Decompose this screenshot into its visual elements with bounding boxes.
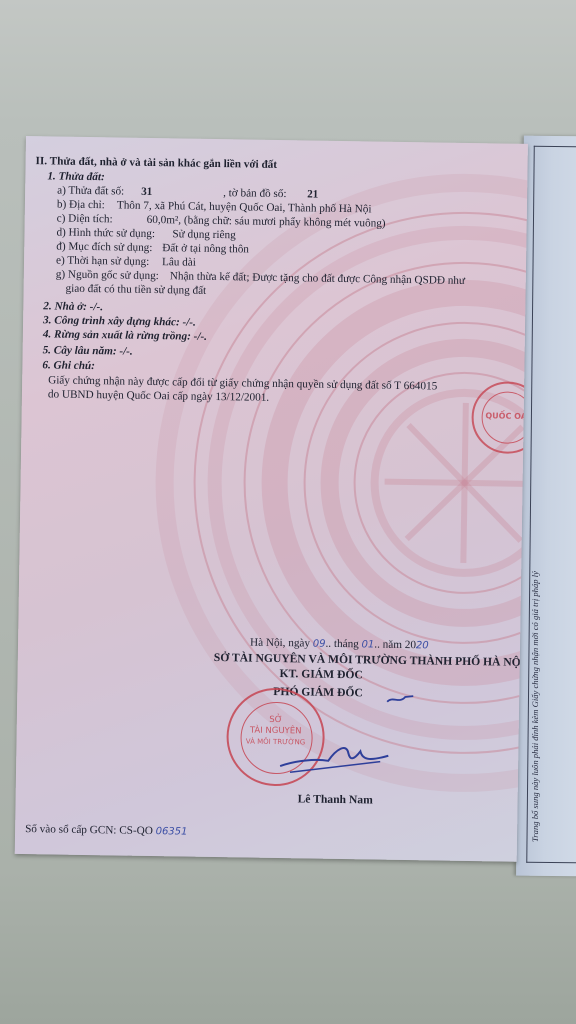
- initial-mark: [385, 692, 415, 706]
- house-item: 2. Nhà ở: -/-.: [43, 299, 103, 314]
- notes-heading: 6. Ghi chú:: [42, 358, 95, 373]
- signature: [276, 738, 397, 780]
- land-parcel-heading: 1. Thửa đất:: [47, 169, 105, 184]
- supplement-vertical-note: Trang bổ sung này luôn phải đính kèm Giấ…: [530, 571, 540, 842]
- on-behalf-title: KT. GIÁM ĐỐC: [279, 667, 362, 683]
- date-month: 01: [362, 639, 375, 650]
- forest-item: 4. Rừng sản xuất là rừng trồng: -/-.: [43, 327, 207, 344]
- perennial-trees-item: 5. Cây lâu năm: -/-.: [43, 343, 133, 359]
- date-day: 09: [313, 639, 326, 650]
- registry-number: Số vào sổ cấp GCN: CS-QO 06351: [25, 822, 188, 840]
- signer-name: Lê Thanh Nam: [298, 792, 373, 807]
- district-stamp-text: QUỐC OAI: [474, 411, 528, 421]
- origin-line2: giao đất có thu tiền sử dụng đất: [65, 282, 206, 298]
- use-form-value: Sử dụng riêng: [172, 227, 235, 242]
- map-sheet-no: 21: [307, 187, 318, 201]
- parcel-no: 31: [141, 185, 152, 199]
- map-sheet-label: , tờ bản đồ số:: [223, 186, 287, 201]
- date-year: 20: [416, 640, 429, 651]
- area-label: c) Diện tích:: [57, 211, 113, 226]
- issue-date: Hà Nội, ngày 09.. tháng 01.. năm 2020: [250, 636, 429, 654]
- registry-no-handwritten: 06351: [156, 826, 188, 837]
- term-value: Lâu dài: [162, 255, 196, 270]
- land-certificate-page: II. Thửa đất, nhà ở và tài sản khác gắn …: [15, 136, 528, 862]
- parcel-no-label: a) Thửa đất số:: [57, 183, 124, 198]
- address-label: b) Địa chỉ:: [57, 197, 105, 212]
